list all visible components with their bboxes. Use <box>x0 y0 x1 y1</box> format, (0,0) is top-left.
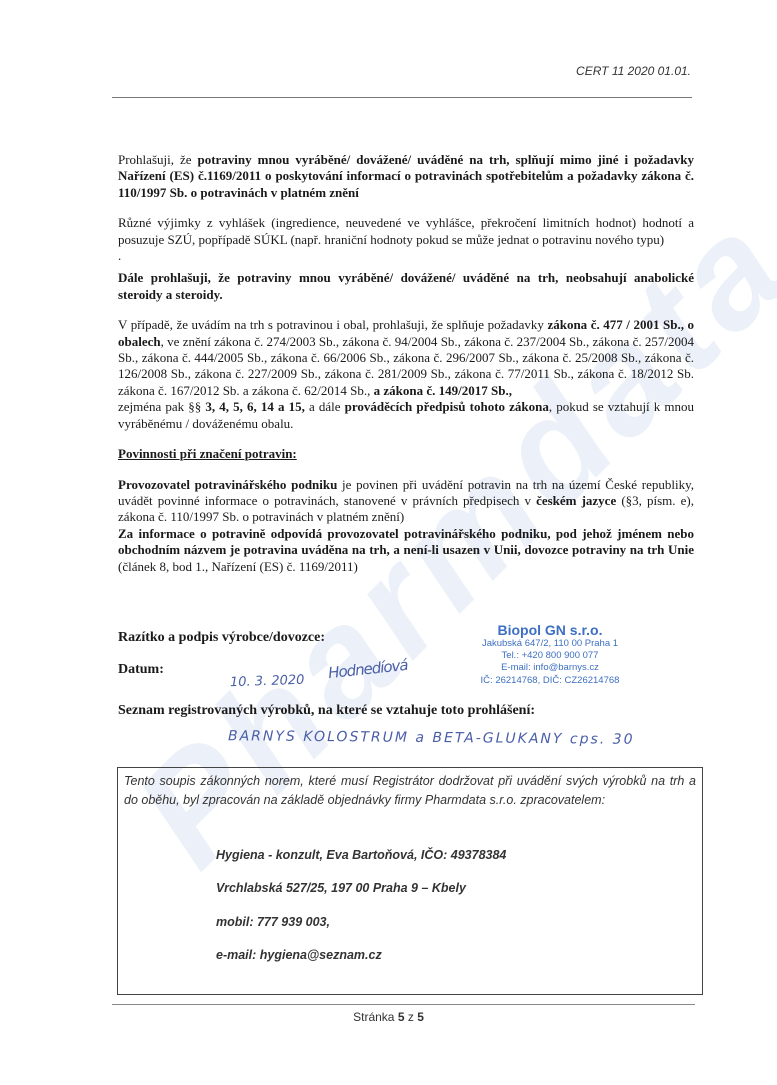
processor-address: Vrchlabská 527/25, 197 00 Praha 9 – Kbel… <box>216 881 466 895</box>
stamp-address: Jakubská 647/2, 110 00 Praha 1 <box>470 638 630 650</box>
footer-divider <box>112 1004 695 1005</box>
steroids-paragraph: Dále prohlašuji, že potraviny mnou vyráb… <box>118 270 694 303</box>
stamp-phone: Tel.: +420 800 900 077 <box>470 650 630 662</box>
declaration-paragraph: Prohlašuji, že potraviny mnou vyráběné/ … <box>118 152 694 201</box>
header-divider <box>112 97 692 98</box>
signature-block: Razítko a podpis výrobce/dovozce: Datum:… <box>118 622 694 702</box>
handwritten-signature: Hodnedíová <box>327 656 408 682</box>
processor-mobile: mobil: 777 939 003, <box>216 915 330 929</box>
stamp-ids: IČ: 26214768, DIČ: CZ26214768 <box>470 675 630 687</box>
exceptions-paragraph: Různé výjimky z vyhlášek (ingredience, n… <box>118 215 694 264</box>
document-body: Prohlašuji, že potraviny mnou vyráběné/ … <box>118 152 694 575</box>
date-label: Datum: <box>118 662 164 678</box>
stamp-company-name: Biopol GN s.r.o. <box>470 622 630 638</box>
stamp-signature-label: Razítko a podpis výrobce/dovozce: <box>118 630 325 646</box>
processor-intro: Tento soupis zákonných norem, které musí… <box>124 772 696 810</box>
processor-email: e-mail: hygiena@seznam.cz <box>216 948 382 962</box>
processor-name: Hygiena - konzult, Eva Bartoňová, IČO: 4… <box>216 848 506 862</box>
products-title: Seznam registrovaných výrobků, na které … <box>118 703 535 719</box>
labeling-paragraph: Provozovatel potravinářského podniku je … <box>118 477 694 575</box>
labeling-heading: Povinnosti při značení potravin: <box>118 446 694 462</box>
packaging-paragraph: V případě, že uvádím na trh s potravinou… <box>118 317 694 432</box>
company-stamp: Biopol GN s.r.o. Jakubská 647/2, 110 00 … <box>470 622 630 687</box>
stamp-email: E-mail: info@barnys.cz <box>470 662 630 674</box>
document-reference: CERT 11 2020 01.01. <box>576 64 691 78</box>
page-number: Stránka 5 z 5 <box>0 1010 777 1024</box>
processor-box: Tento soupis zákonných norem, které musí… <box>117 767 703 995</box>
handwritten-product: BARNYS KOLOSTRUM a BETA-GLUKANY cps. 30 <box>228 728 635 748</box>
handwritten-date: 10. 3. 2020 <box>230 673 305 691</box>
